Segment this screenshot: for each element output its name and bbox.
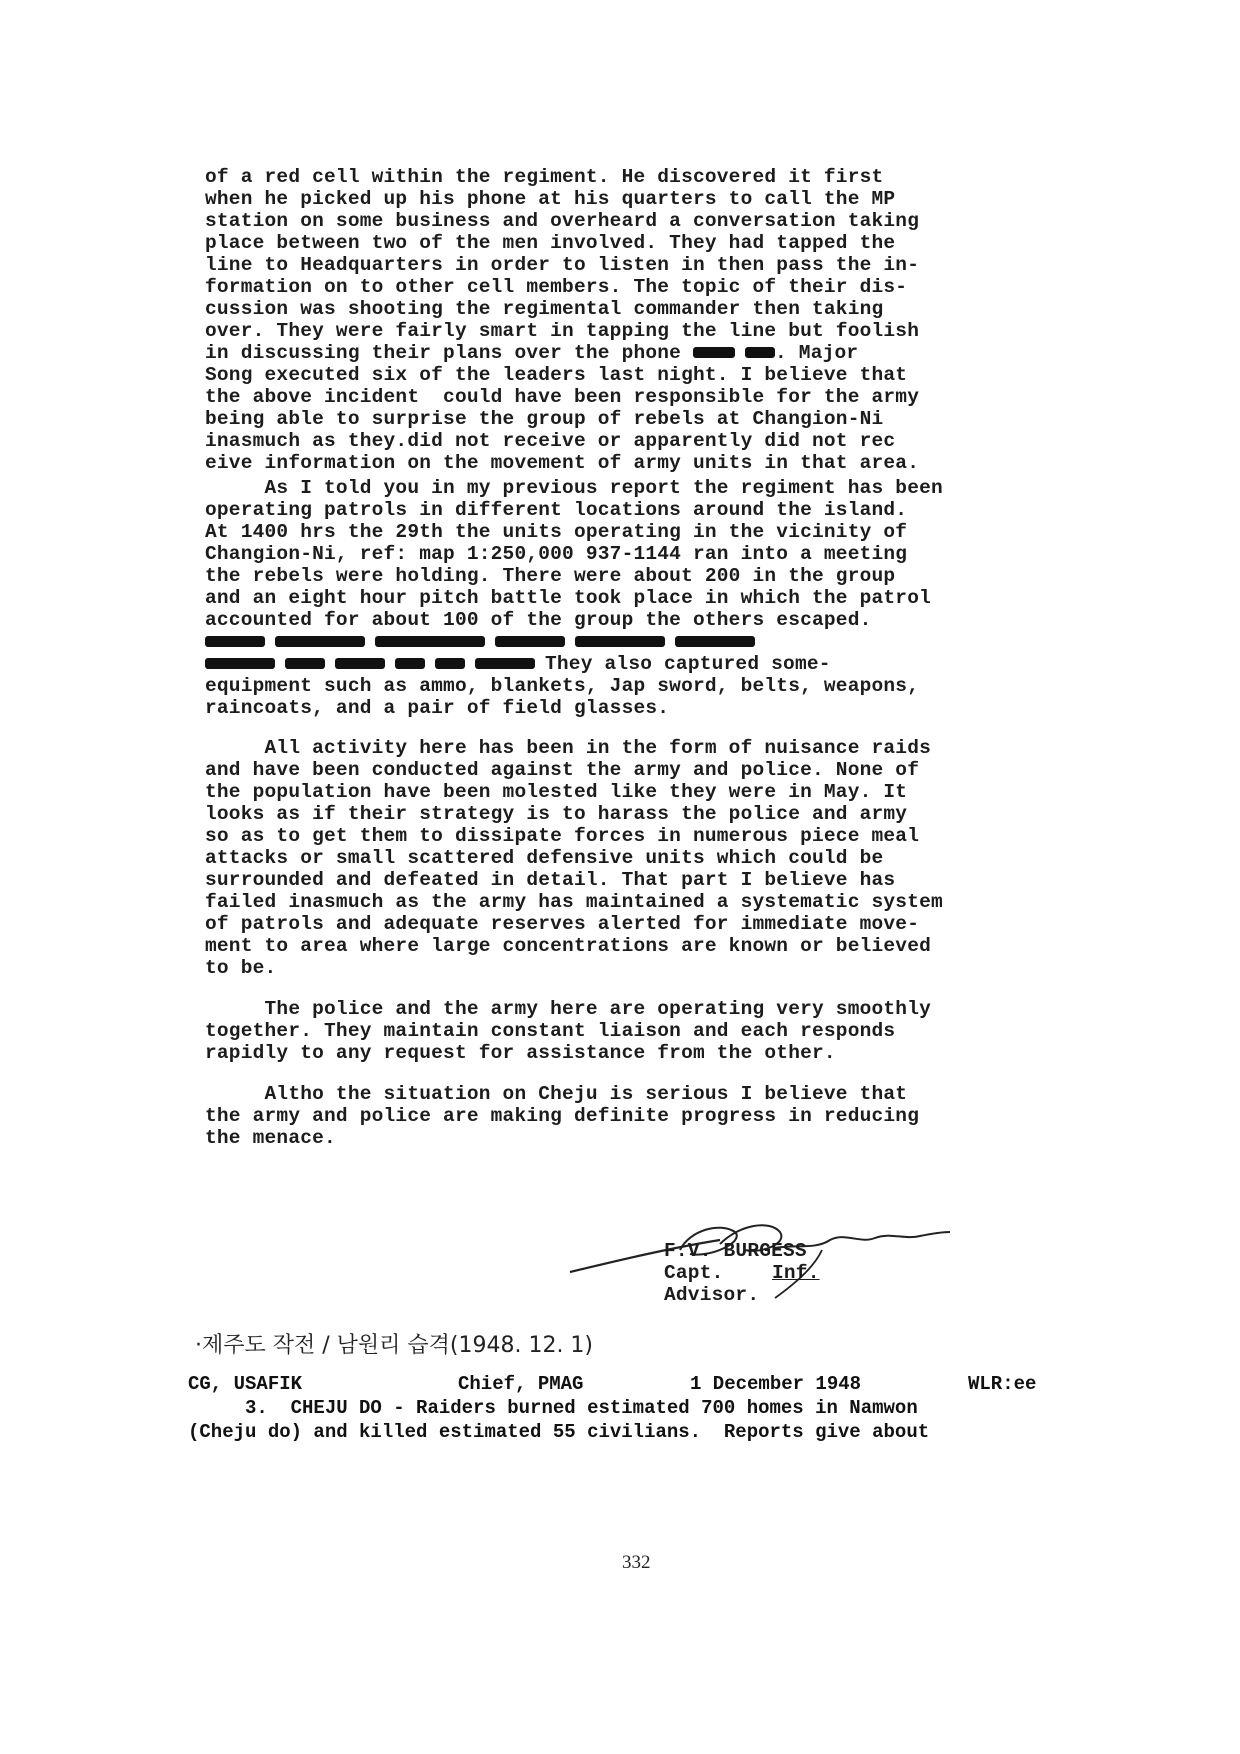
korean-caption: ·제주도 작전 / 남원리 습격(1948. 12. 1) xyxy=(195,1328,593,1359)
dispatch-line: (Cheju do) and killed estimated 55 civil… xyxy=(188,1420,929,1444)
text-line: looks as if their strategy is to harass … xyxy=(205,803,907,825)
text-line: in discussing their plans over the phone… xyxy=(205,342,858,364)
text-line: and have been conducted against the army… xyxy=(205,759,919,781)
text-line: accounted for about 100 of the group the… xyxy=(205,609,872,631)
text-line: equipment such as ammo, blankets, Jap sw… xyxy=(205,675,919,697)
text-line: Changion-Ni, ref: map 1:250,000 937-1144… xyxy=(205,543,907,565)
text-line: the menace. xyxy=(205,1127,336,1149)
text-line: eive information on the movement of army… xyxy=(205,452,919,474)
text-line: cussion was shooting the regimental comm… xyxy=(205,298,883,320)
document-page: of a red cell within the regiment. He di… xyxy=(0,0,1240,1754)
text-line: to be. xyxy=(205,957,276,979)
text-line: of patrols and adequate reserves alerted… xyxy=(205,913,919,935)
text-line: of a red cell within the regiment. He di… xyxy=(205,166,883,188)
text-line: raincoats, and a pair of field glasses. xyxy=(205,697,669,719)
text-line: and an eight hour pitch battle took plac… xyxy=(205,587,931,609)
text-line: formation on to other cell members. The … xyxy=(205,276,907,298)
dispatch-date: 1 December 1948 xyxy=(690,1372,861,1396)
text-line: As I told you in my previous report the … xyxy=(205,477,943,499)
redaction-mark xyxy=(745,347,775,358)
redaction-mark xyxy=(495,636,565,647)
redaction-mark xyxy=(575,636,665,647)
text-line: At 1400 hrs the 29th the units operating… xyxy=(205,521,907,543)
signer-title: Advisor. xyxy=(664,1284,759,1306)
text-line: rapidly to any request for assistance fr… xyxy=(205,1042,836,1064)
redaction-mark xyxy=(675,636,755,647)
dispatch-from: CG, USAFIK xyxy=(188,1372,302,1396)
redaction-mark xyxy=(275,636,365,647)
text-line: so as to get them to dissipate forces in… xyxy=(205,825,919,847)
text-line: being able to surprise the group of rebe… xyxy=(205,408,883,430)
text-line: when he picked up his phone at his quart… xyxy=(205,188,895,210)
text-span: They also captured some- xyxy=(545,653,831,675)
redaction-mark xyxy=(475,658,535,669)
text-line: inasmuch as they.did not receive or appa… xyxy=(205,430,895,452)
signer-name: F.V. BURGESS xyxy=(664,1240,807,1262)
text-line xyxy=(205,631,765,653)
text-line: Altho the situation on Cheju is serious … xyxy=(205,1083,907,1105)
text-line: the above incident could have been respo… xyxy=(205,386,919,408)
text-line: operating patrols in different locations… xyxy=(205,499,907,521)
redaction-mark xyxy=(395,658,425,669)
redaction-mark xyxy=(435,658,465,669)
dispatch-line: 3. CHEJU DO - Raiders burned estimated 7… xyxy=(188,1396,918,1420)
redaction-mark xyxy=(205,636,265,647)
text-line: Song executed six of the leaders last ni… xyxy=(205,364,907,386)
page-number: 332 xyxy=(622,1552,651,1574)
text-line: together. They maintain constant liaison… xyxy=(205,1020,895,1042)
text-line: surrounded and defeated in detail. That … xyxy=(205,869,895,891)
text-line: place between two of the men involved. T… xyxy=(205,232,895,254)
text-line: the rebels were holding. There were abou… xyxy=(205,565,895,587)
text-line: line to Headquarters in order to listen … xyxy=(205,254,919,276)
text-line: failed inasmuch as the army has maintain… xyxy=(205,891,943,913)
redaction-mark xyxy=(375,636,485,647)
signer-branch: Inf. xyxy=(772,1262,820,1284)
redaction-mark xyxy=(693,347,735,358)
text-line: over. They were fairly smart in tapping … xyxy=(205,320,919,342)
redaction-mark xyxy=(285,658,325,669)
text-line: All activity here has been in the form o… xyxy=(205,737,931,759)
text-span: in discussing their plans over the phone xyxy=(205,342,693,364)
text-span: . Major xyxy=(775,342,858,364)
text-line: The police and the army here are operati… xyxy=(205,998,931,1020)
text-line: attacks or small scattered defensive uni… xyxy=(205,847,883,869)
dispatch-to: Chief, PMAG xyxy=(458,1372,583,1396)
redaction-mark xyxy=(205,658,275,669)
signer-rank: Capt. xyxy=(664,1262,724,1284)
text-line: the army and police are making definite … xyxy=(205,1105,919,1127)
redaction-mark xyxy=(335,658,385,669)
text-line: station on some business and overheard a… xyxy=(205,210,919,232)
text-line: ment to area where large concentrations … xyxy=(205,935,931,957)
text-line: They also captured some- xyxy=(205,653,831,675)
dispatch-ref: WLR:ee xyxy=(968,1372,1036,1396)
text-line: the population have been molested like t… xyxy=(205,781,907,803)
